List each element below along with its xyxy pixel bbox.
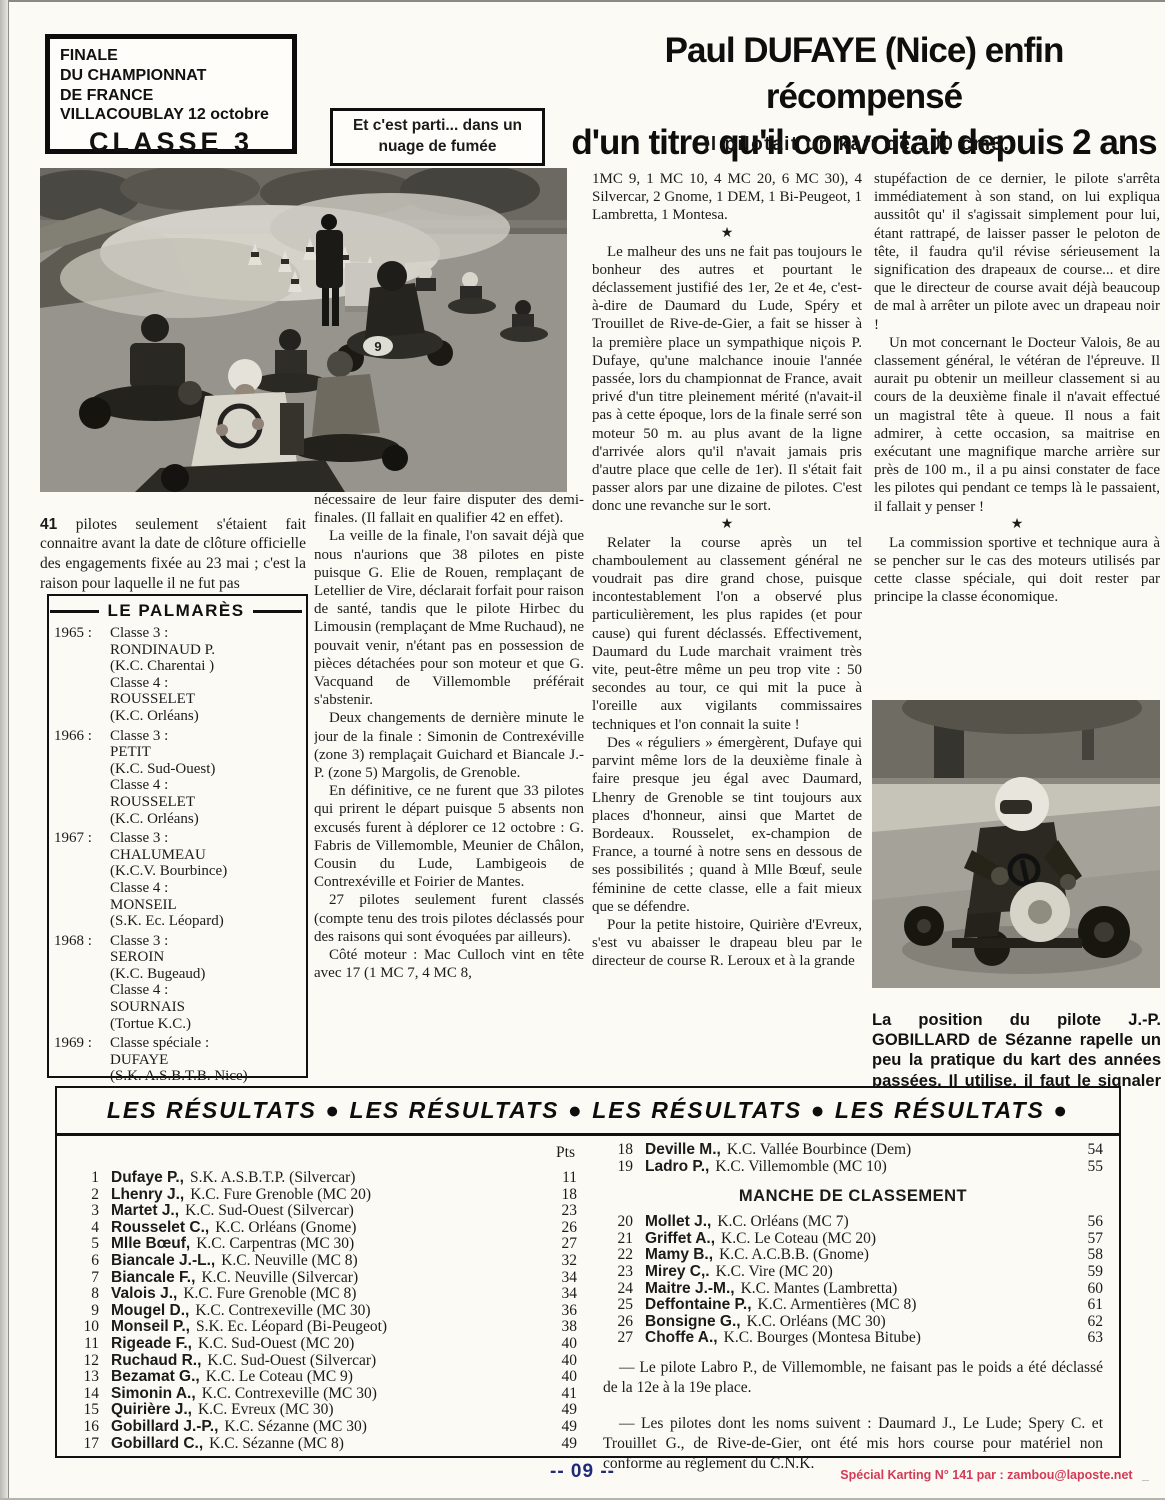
magazine-page: FINALE DU CHAMPIONNAT DE FRANCE VILLACOU… bbox=[0, 0, 1165, 1500]
result-row: 1Dufaye P.,S.K. A.S.B.T.P. (Silvercar)11 bbox=[69, 1170, 577, 1187]
result-row: 4Rousselet C.,K.C. Orléans (Gnome)26 bbox=[69, 1220, 577, 1237]
headline-line-1: Paul DUFAYE (Nice) enfin récompensé bbox=[565, 28, 1163, 120]
result-row: 21Griffet A.,K.C. Le Coteau (MC 20)57 bbox=[603, 1231, 1103, 1248]
palmares-entry: 1965 : Classe 3 : RONDINAUD P. (K.C. Cha… bbox=[54, 625, 298, 725]
palmares-year: 1968 : bbox=[54, 933, 110, 1033]
result-row: 25Deffontaine P.,K.C. Armentières (MC 8)… bbox=[603, 1297, 1103, 1314]
kart-number-label: 9 bbox=[374, 339, 381, 354]
result-row: 20Mollet J.,K.C. Orléans (MC 7)56 bbox=[603, 1214, 1103, 1231]
manche-de-classement-title: MANCHE DE CLASSEMENT bbox=[603, 1187, 1103, 1206]
event-line-4: VILLACOUBLAY 12 octobre bbox=[60, 105, 282, 125]
event-line-2: DU CHAMPIONNAT bbox=[60, 66, 282, 86]
result-row: 18Deville M.,K.C. Vallée Bourbince (Dem)… bbox=[603, 1142, 1103, 1159]
article-column-4: stupéfaction de ce dernier, le pilote s'… bbox=[874, 170, 1160, 698]
star-separator: ★ bbox=[592, 225, 862, 243]
palmares-box: LE PALMARÈS 1965 : Classe 3 : RONDINAUD … bbox=[47, 594, 308, 1078]
result-row: 9Mougel D.,K.C. Contrexeville (MC 30)36 bbox=[69, 1303, 577, 1320]
star-separator: ★ bbox=[592, 516, 862, 534]
result-row: 5Mlle Bœuf,K.C. Carpentras (MC 30)27 bbox=[69, 1236, 577, 1253]
result-row: 19Ladro P.,K.C. Villemomble (MC 10)55 bbox=[603, 1159, 1103, 1176]
result-row: 7Biancale F.,K.C. Neuville (Silvercar)34 bbox=[69, 1270, 577, 1287]
results-left-column: Pts 1Dufaye P.,S.K. A.S.B.T.P. (Silverca… bbox=[69, 1142, 577, 1490]
palmares-year: 1967 : bbox=[54, 830, 110, 930]
event-line-3: DE FRANCE bbox=[60, 86, 282, 106]
result-row: 10Monseil P.,S.K. Ec. Léopard (Bi-Peugeo… bbox=[69, 1319, 577, 1336]
result-row: 22Mamy B.,K.C. A.C.B.B. (Gnome)58 bbox=[603, 1247, 1103, 1264]
points-column-header: Pts bbox=[69, 1144, 577, 1162]
scan-top-edge bbox=[0, 0, 1165, 2]
photo1-caption: 41 pilotes seulement s'étaient fait conn… bbox=[40, 515, 306, 594]
result-row: 11Rigeade F.,K.C. Sud-Ouest (MC 20)40 bbox=[69, 1336, 577, 1353]
article-column-3: 1MC 9, 1 MC 10, 4 MC 20, 6 MC 30), 4 Sil… bbox=[592, 170, 862, 1086]
caption-lead-number: 41 bbox=[40, 516, 57, 533]
palmares-entry: 1967 : Classe 3 : CHALUMEAU (K.C.V. Bour… bbox=[54, 830, 298, 930]
result-row: 13Bezamat G.,K.C. Le Coteau (MC 9)40 bbox=[69, 1369, 577, 1386]
palmares-title: LE PALMARÈS bbox=[50, 601, 302, 621]
palmares-year: 1966 : bbox=[54, 728, 110, 828]
result-row: 17Gobillard C.,K.C. Sézanne (MC 8)49 bbox=[69, 1436, 577, 1453]
result-row: 23Mirey C,.K.C. Vire (MC 20)59 bbox=[603, 1264, 1103, 1281]
event-line-1: FINALE bbox=[60, 46, 282, 66]
event-location: VILLACOUBLAY bbox=[60, 106, 184, 123]
result-row: 16Gobillard J.-P.,K.C. Sézanne (MC 30)49 bbox=[69, 1419, 577, 1436]
star-separator: ★ bbox=[874, 516, 1160, 534]
result-row: 24Maitre J.-M.,K.C. Mantes (Lambretta)60 bbox=[603, 1281, 1103, 1298]
credit-text: Spécial Karting N° 141 par : bbox=[840, 1468, 1003, 1482]
result-row: 26Bonsigne G.,K.C. Orléans (MC 30)62 bbox=[603, 1314, 1103, 1331]
result-row: 2Lhenry J.,K.C. Fure Grenoble (MC 20)18 bbox=[69, 1187, 577, 1204]
result-row: 14Simonin A.,K.C. Contrexeville (MC 30)4… bbox=[69, 1386, 577, 1403]
results-note: — Le pilote Labro P., de Villemomble, ne… bbox=[603, 1358, 1103, 1398]
result-row: 15Quirière J.,K.C. Evreux (MC 30)49 bbox=[69, 1402, 577, 1419]
class-label: CLASSE 3 bbox=[60, 126, 282, 159]
caption-text: pilotes seulement s'étaient fait connait… bbox=[40, 516, 306, 592]
event-date: 12 octobre bbox=[188, 106, 269, 123]
palmares-year: 1965 : bbox=[54, 625, 110, 725]
credit-email[interactable]: zambou@laposte.net bbox=[1007, 1468, 1132, 1482]
subhead: Il pilotait un kart de 100 cm3... bbox=[565, 134, 1163, 156]
race-start-photo: 9 bbox=[40, 168, 567, 492]
result-row: 27Choffe A.,K.C. Bourges (Montesa Bitube… bbox=[603, 1330, 1103, 1347]
results-right-column: 18Deville M.,K.C. Vallée Bourbince (Dem)… bbox=[577, 1142, 1103, 1490]
photo1-title-box: Et c'est parti... dans un nuage de fumée bbox=[330, 108, 545, 166]
results-banner: LES RÉSULTATS ● LES RÉSULTATS ● LES RÉSU… bbox=[57, 1088, 1119, 1136]
palmares-year: 1969 : bbox=[54, 1035, 110, 1085]
scan-left-edge bbox=[0, 0, 9, 1500]
footer-credit: Spécial Karting N° 141 par : zambou@lapo… bbox=[840, 1468, 1149, 1482]
scan-artifact-mark: _ bbox=[1142, 1468, 1149, 1482]
palmares-entry: 1968 : Classe 3 : SEROIN (K.C. Bugeaud) … bbox=[54, 933, 298, 1033]
palmares-entry: 1966 : Classe 3 : PETIT (K.C. Sud-Ouest)… bbox=[54, 728, 298, 828]
result-row: 6Biancale J.-L.,K.C. Neuville (MC 8)32 bbox=[69, 1253, 577, 1270]
result-row: 3Martet J.,K.C. Sud-Ouest (Silvercar)23 bbox=[69, 1203, 577, 1220]
article-column-2: nécessaire de leur faire disputer des de… bbox=[314, 491, 584, 1085]
photo1-title: Et c'est parti... dans un nuage de fumée bbox=[347, 116, 528, 158]
gobillard-photo bbox=[872, 700, 1160, 988]
results-section: LES RÉSULTATS ● LES RÉSULTATS ● LES RÉSU… bbox=[55, 1086, 1121, 1458]
palmares-entry: 1969 : Classe spéciale : DUFAYE (S.K. A.… bbox=[54, 1035, 298, 1085]
result-row: 12Ruchaud R.,K.C. Sud-Ouest (Silvercar)4… bbox=[69, 1353, 577, 1370]
event-title-box: FINALE DU CHAMPIONNAT DE FRANCE VILLACOU… bbox=[45, 34, 297, 154]
result-row: 8Valois J.,K.C. Fure Grenoble (MC 8)34 bbox=[69, 1286, 577, 1303]
